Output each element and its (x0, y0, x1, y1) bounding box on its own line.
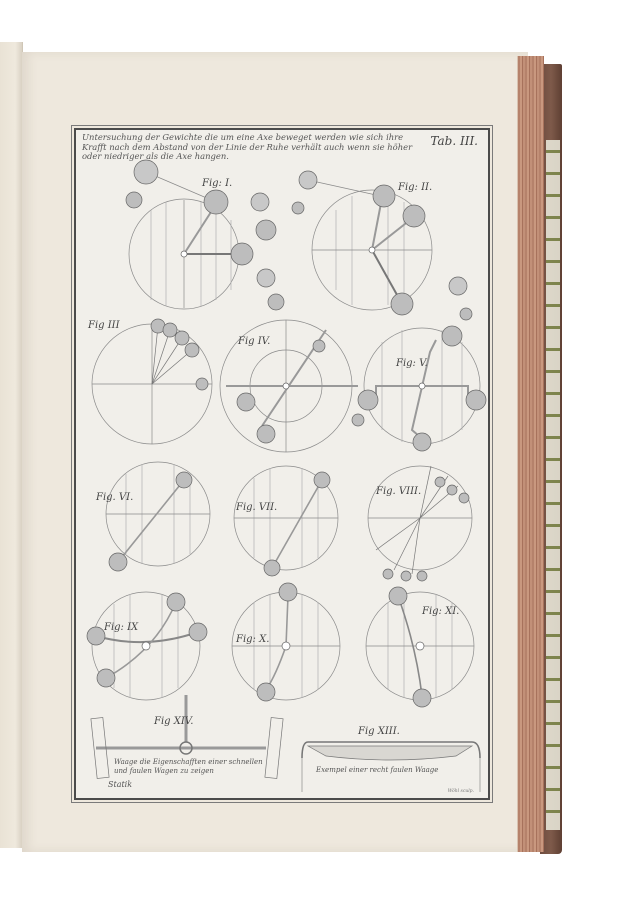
fig-11-label: Fig: XI. (422, 606, 459, 617)
fig-8-label: Fig. VIII. (376, 486, 421, 497)
fig-14-subcaption: Statik (108, 780, 132, 789)
fig-2-label: Fig: II. (398, 182, 432, 193)
fig-7-label: Fig. VII. (236, 502, 277, 513)
page-fore-edge (517, 56, 544, 852)
fig-4-label: Fig IV. (238, 336, 270, 347)
book-photo: Untersuchung der Gewichte die um eine Ax… (0, 0, 632, 900)
fig-10-label: Fig: X. (236, 634, 269, 645)
fig-13-label: Fig XIII. (358, 726, 400, 737)
engraver-signature: Wöhl sculp. (448, 789, 474, 794)
marbled-endpaper (546, 140, 560, 830)
fig-14-label: Fig XIV. (154, 716, 193, 727)
left-page-edge (0, 42, 23, 848)
fig-6-label: Fig. VI. (96, 492, 133, 503)
figures-drawing (76, 130, 488, 798)
engraved-plate: Untersuchung der Gewichte die um eine Ax… (74, 128, 490, 800)
fig-5-label: Fig: V. (396, 358, 428, 369)
fig-1-label: Fig: I. (202, 178, 232, 189)
fig-3-label: Fig III (88, 320, 120, 331)
fig-13-caption: Exempel einer recht faulen Waage (316, 766, 476, 775)
fig-9-label: Fig: IX (104, 622, 138, 633)
fig-14-caption: Waage die Eigenschafften einer schnellen… (114, 758, 264, 776)
